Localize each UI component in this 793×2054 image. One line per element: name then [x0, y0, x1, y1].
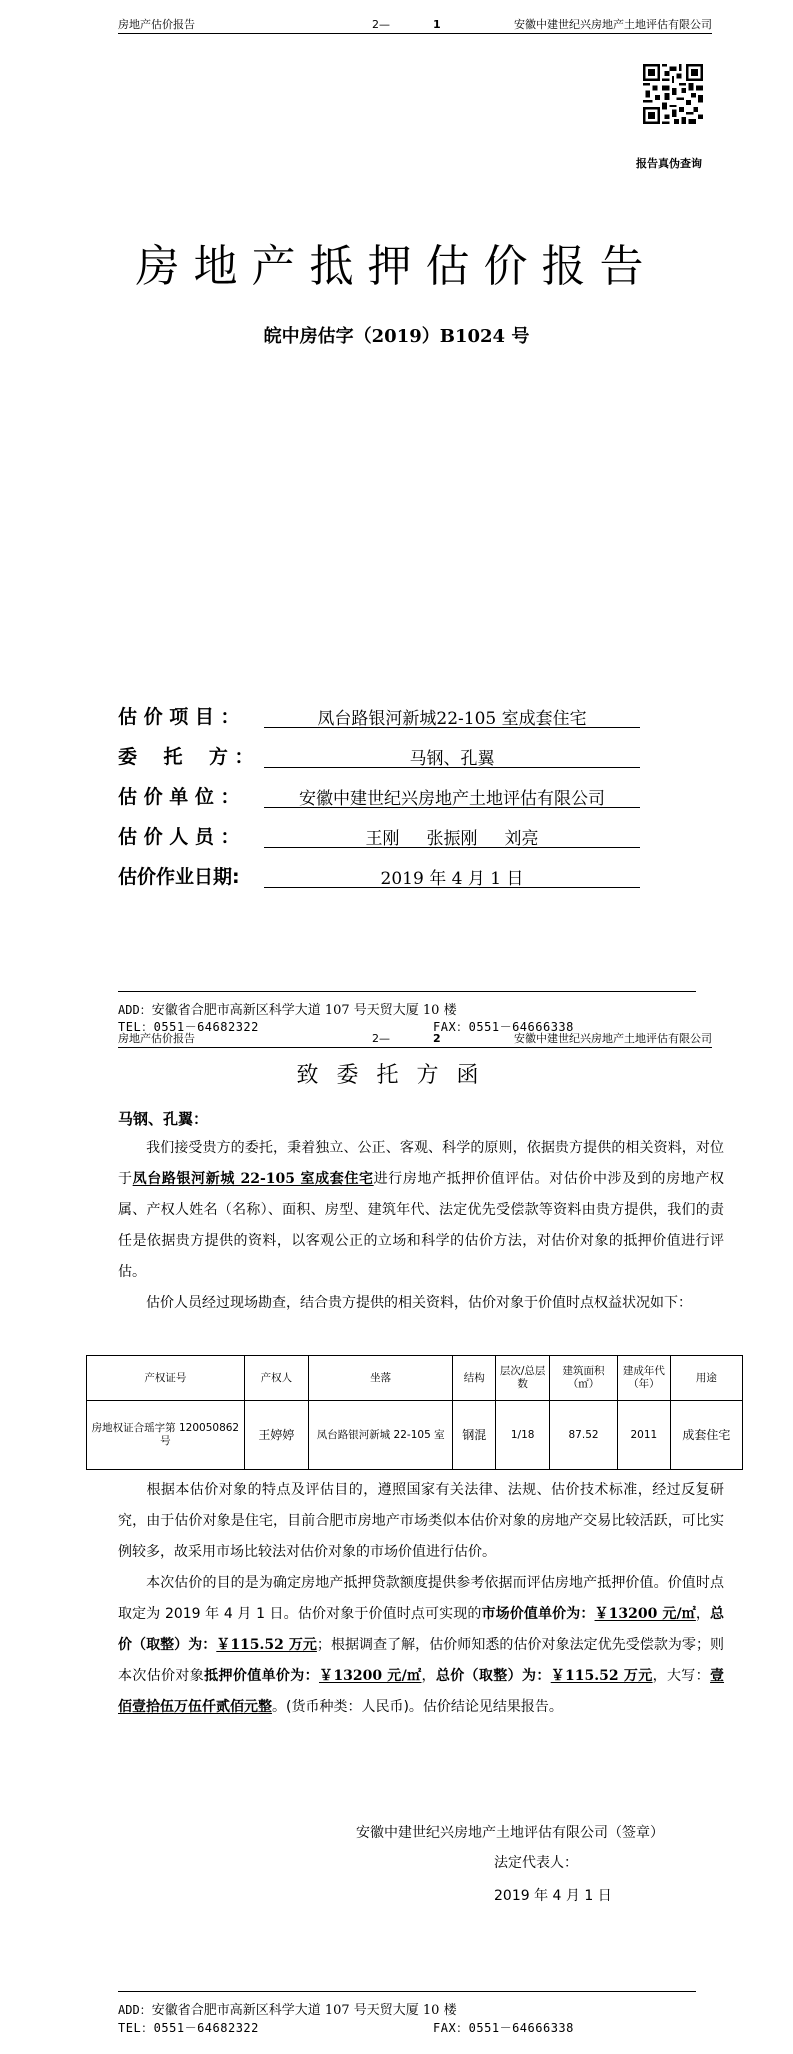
- cell-owner: 王婷婷: [244, 1401, 308, 1470]
- info-label: 委 托 方 ：: [118, 742, 254, 769]
- info-label: 估 价 人 员 ：: [118, 822, 239, 849]
- footer-address: ADD：安徽省合肥市高新区科学大道 107 号天贸大厦 10 楼: [118, 999, 457, 1018]
- cell-floor: 1/18: [496, 1401, 550, 1470]
- text: 。(货币种类：人民币)。估价结论见结果报告。: [272, 1699, 563, 1715]
- col-header-structure: 结构: [453, 1356, 496, 1401]
- signature-company: 安徽中建世纪兴房地产土地评估有限公司（签章）: [356, 1822, 664, 1842]
- cell-location: 凤台路银河新城 22-105 室: [309, 1401, 453, 1470]
- text: ，: [421, 1668, 435, 1684]
- property-address-emphasis: 凤台路银河新城 22-105 室成套住宅: [133, 1171, 374, 1187]
- mortgage-total-price-label: 总价（取整）为：: [436, 1668, 551, 1684]
- table-header-row: 产权证号 产权人 坐落 结构 层次/总层数 建筑面积（㎡） 建成年代（年） 用途: [87, 1356, 743, 1401]
- document-number: 皖中房估字（2019）B1024 号: [0, 322, 793, 348]
- header-doc-type: 房地产估价报告: [118, 1032, 195, 1046]
- header-page-number: 2: [433, 1032, 441, 1046]
- info-value-company: 安徽中建世纪兴房地产土地评估有限公司: [264, 784, 640, 808]
- salutation: 马钢、孔翼：: [118, 1108, 208, 1129]
- letter-title: 致委托方函: [0, 1058, 793, 1089]
- qr-verify-label: 报告真伪查询: [636, 155, 702, 171]
- col-header-floor: 层次/总层数: [496, 1356, 550, 1401]
- cell-year: 2011: [617, 1401, 670, 1470]
- info-label: 估价作业日期:: [118, 862, 240, 889]
- signature-date: 2019 年 4 月 1 日: [494, 1885, 612, 1905]
- paragraph-intro: 我们接受贵方的委托，秉着独立、公正、客观、科学的原则，依据贵方提供的相关资料，对…: [118, 1133, 724, 1288]
- col-header-area: 建筑面积（㎡）: [550, 1356, 618, 1401]
- address-value: 安徽省合肥市高新区科学大道 107 号天贸大厦 10 楼: [152, 1003, 457, 1018]
- col-header-cert-no: 产权证号: [87, 1356, 245, 1401]
- col-header-location: 坐落: [309, 1356, 453, 1401]
- market-unit-price-value: ￥13200 元/㎡: [595, 1606, 696, 1622]
- market-unit-price-label: 市场价值单价为：: [482, 1606, 595, 1622]
- page1-header: 房地产估价报告 2— 1 安徽中建世纪兴房地产土地评估有限公司: [118, 17, 712, 34]
- address-label: ADD：: [118, 1003, 152, 1017]
- address-value: 安徽省合肥市高新区科学大道 107 号天贸大厦 10 楼: [152, 2003, 457, 2018]
- cell-usage: 成套住宅: [670, 1401, 742, 1470]
- footer-address: ADD：安徽省合肥市高新区科学大道 107 号天贸大厦 10 楼: [118, 1999, 457, 2018]
- mortgage-unit-price-value: ￥13200 元/㎡: [319, 1668, 421, 1684]
- paragraph-conclusion: 本次估价的目的是为确定房地产抵押贷款额度提供参考依据而评估房地产抵押价值。价值时…: [118, 1568, 724, 1723]
- text: ，: [696, 1606, 710, 1622]
- text: 估价人员经过现场勘查，结合贵方提供的相关资料，估价对象于价值时点权益状况如下：: [146, 1295, 692, 1311]
- property-rights-table: 产权证号 产权人 坐落 结构 层次/总层数 建筑面积（㎡） 建成年代（年） 用途…: [86, 1355, 743, 1470]
- address-label: ADD：: [118, 2003, 152, 2017]
- header-company: 安徽中建世纪兴房地产土地评估有限公司: [514, 1032, 712, 1046]
- text: 进行房地产抵押价值评估。对估价中涉及到的房地产权属、产权人姓名（名称）、面积、房…: [118, 1171, 724, 1280]
- cell-area: 87.52: [550, 1401, 618, 1470]
- paragraph-survey: 估价人员经过现场勘查，结合贵方提供的相关资料，估价对象于价值时点权益状况如下：: [118, 1288, 724, 1319]
- col-header-owner: 产权人: [244, 1356, 308, 1401]
- header-page-prefix: 2—: [372, 1032, 390, 1046]
- cell-cert-no: 房地权证合瑶字第 120050862 号: [87, 1401, 245, 1470]
- cell-structure: 钢混: [453, 1401, 496, 1470]
- table-row: 房地权证合瑶字第 120050862 号 王婷婷 凤台路银河新城 22-105 …: [87, 1401, 743, 1470]
- info-value-date: 2019 年 4 月 1 日: [264, 864, 640, 888]
- header-company: 安徽中建世纪兴房地产土地评估有限公司: [514, 18, 712, 32]
- text: ，大写：: [653, 1668, 710, 1684]
- info-label: 估 价 单 位 ：: [118, 782, 239, 809]
- mortgage-unit-price-label: 抵押价值单价为：: [204, 1668, 319, 1684]
- header-page-number: 1: [433, 18, 441, 32]
- footer-tel: TEL：0551－64682322: [118, 2019, 259, 2036]
- col-header-year: 建成年代（年）: [617, 1356, 670, 1401]
- qr-code-icon[interactable]: [643, 64, 703, 124]
- footer-divider: [118, 1991, 696, 1992]
- header-doc-type: 房地产估价报告: [118, 18, 195, 32]
- info-value-project: 凤台路银河新城22-105 室成套住宅: [264, 704, 640, 728]
- market-total-price-value: ￥115.52 万元: [216, 1637, 317, 1653]
- col-header-usage: 用途: [670, 1356, 742, 1401]
- report-title: 房地产抵押估价报告: [0, 230, 793, 294]
- header-page-prefix: 2—: [372, 18, 390, 32]
- text: 根据本估价对象的特点及评估目的，遵照国家有关法律、法规、估价技术标准，经过反复研…: [118, 1482, 724, 1560]
- signature-legal-rep: 法定代表人：: [494, 1852, 578, 1872]
- info-label: 估 价 项 目 ：: [118, 702, 239, 729]
- info-value-client: 马钢、孔翼: [264, 744, 640, 768]
- paragraph-method: 根据本估价对象的特点及评估目的，遵照国家有关法律、法规、估价技术标准，经过反复研…: [118, 1475, 724, 1568]
- mortgage-total-price-value: ￥115.52 万元: [551, 1668, 653, 1684]
- info-value-appraisers: 王刚 张振刚 刘亮: [264, 824, 640, 848]
- footer-divider: [118, 991, 696, 992]
- page2-header: 房地产估价报告 2— 2 安徽中建世纪兴房地产土地评估有限公司: [118, 1031, 712, 1048]
- footer-fax: FAX：0551－64666338: [433, 2019, 574, 2036]
